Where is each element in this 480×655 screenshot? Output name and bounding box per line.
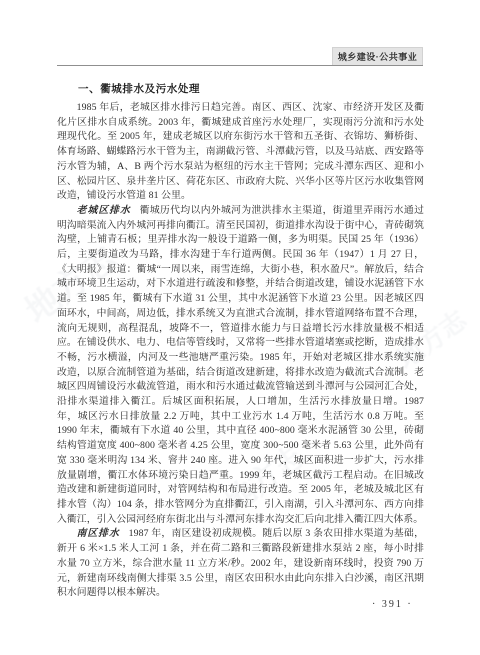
scanned-book-page: 地方志 地方志 地方志 城乡建设·公共事业 一、衢城排水及污水处理 1985 年… xyxy=(0,0,480,655)
paragraph-lead-term: 南区排水 xyxy=(77,528,120,539)
paragraph-overview: 1985 年后，老城区排水排污日趋完善。南区、西区、沈家、市经济开发区及衢化片区… xyxy=(57,101,424,204)
section-title: 一、衢城排水及污水处理 xyxy=(57,81,424,96)
paragraph-text: 衢城历代均以内外城河为泄洪排水主渠道，街道里弄雨污水通过明沟暗渠流入内外城河再排… xyxy=(57,205,424,525)
page-number: · 391 · xyxy=(372,599,413,610)
paragraph-old-town-drainage: 老城区排水衢城历代均以内外城河为泄洪排水主渠道，街道里弄雨污水通过明沟暗渠流入内… xyxy=(57,204,424,527)
paragraph-text: 1985 年后，老城区排水排污日趋完善。南区、西区、沈家、市经济开发区及衢化片区… xyxy=(57,102,424,201)
running-head: 城乡建设·公共事业 xyxy=(332,47,423,66)
paragraph-lead-term: 老城区排水 xyxy=(77,205,131,216)
running-head-label: 城乡建设·公共事业 xyxy=(338,50,418,63)
page-body: 一、衢城排水及污水处理 1985 年后，老城区排水排污日趋完善。南区、西区、沈家… xyxy=(57,81,424,601)
paragraph-south-district-drainage: 南区排水1987 年，南区建设初成规模。随后以原 3 条农田排水渠道为基础，新开… xyxy=(57,527,424,601)
header-rule xyxy=(57,65,423,66)
